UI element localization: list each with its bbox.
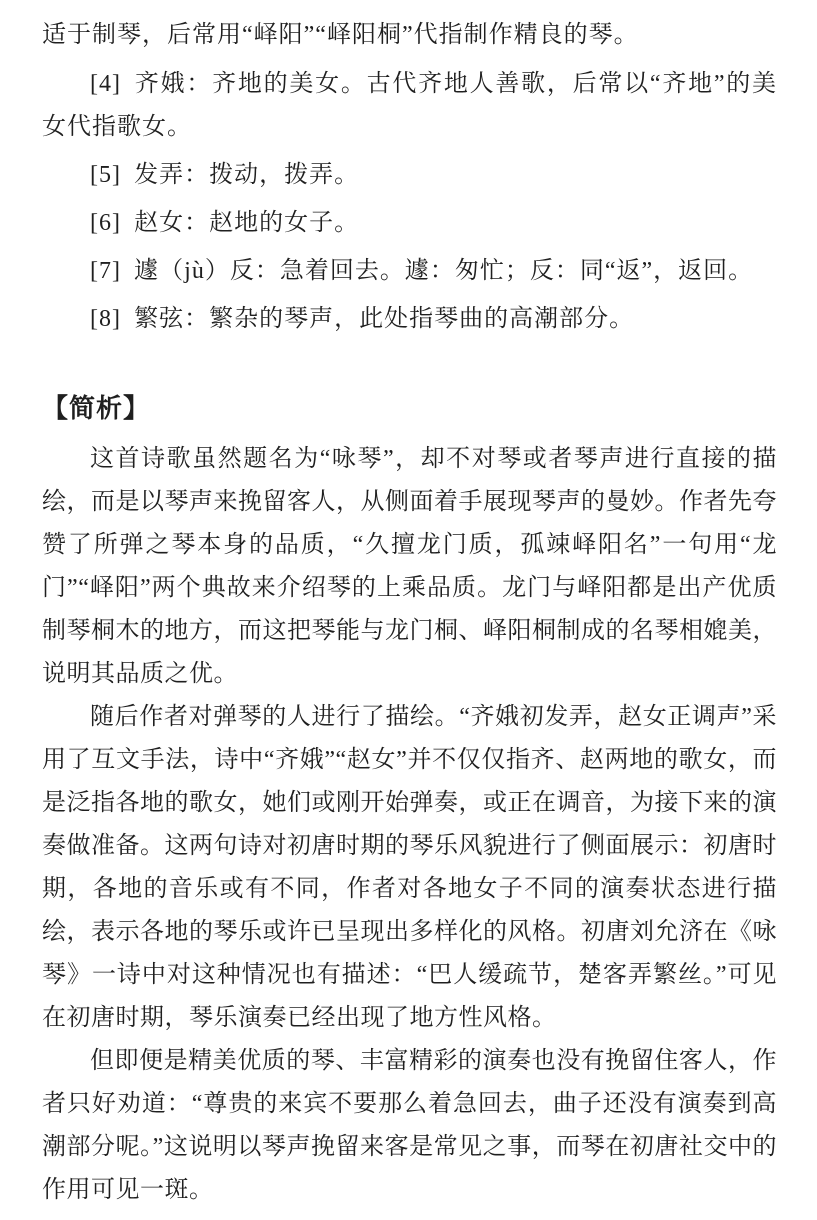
analysis-paragraph: 但即便是精美优质的琴、丰富精彩的演奏也没有挽留住客人，作者只好劝道：“尊贵的来宾… (42, 1040, 777, 1212)
annotation-item-7: [7]遽（jù）反：急着回去。遽：匆忙；反：同“返”，返回。 (42, 250, 777, 293)
continuation-text: 适于制琴，后常用“峄阳”“峄阳桐”代指制作精良的琴。 (42, 14, 777, 57)
annotation-text: 齐娥：齐地的美女。古代齐地人善歌，后常以“齐地”的美女代指歌女。 (42, 71, 777, 140)
annotation-number: [4] (90, 71, 121, 97)
annotation-number: [7] (90, 258, 121, 284)
analysis-paragraph: 这首诗歌虽然题名为“咏琴”，却不对琴或者琴声进行直接的描绘，而是以琴声来挽留客人… (42, 438, 777, 696)
section-heading: 【简析】 (42, 387, 777, 430)
annotation-text: 发弄：拨动，拨弄。 (134, 162, 359, 188)
analysis-paragraph: 随后作者对弹琴的人进行了描绘。“齐娥初发弄，赵女正调声”采用了互文手法，诗中“齐… (42, 696, 777, 1040)
annotation-text: 繁弦：繁杂的琴声，此处指琴曲的高潮部分。 (134, 306, 634, 332)
annotation-text: 赵女：赵地的女子。 (134, 210, 359, 236)
annotation-text: 遽（jù）反：急着回去。遽：匆忙；反：同“返”，返回。 (134, 258, 753, 284)
book-page: 适于制琴，后常用“峄阳”“峄阳桐”代指制作精良的琴。 [4]齐娥：齐地的美女。古… (0, 0, 817, 1220)
annotation-number: [5] (90, 162, 121, 188)
annotation-item-8: [8]繁弦：繁杂的琴声，此处指琴曲的高潮部分。 (42, 298, 777, 341)
annotation-item-4: [4]齐娥：齐地的美女。古代齐地人善歌，后常以“齐地”的美女代指歌女。 (42, 63, 777, 149)
annotation-item-6: [6]赵女：赵地的女子。 (42, 202, 777, 245)
analysis-section: 这首诗歌虽然题名为“咏琴”，却不对琴或者琴声进行直接的描绘，而是以琴声来挽留客人… (42, 438, 777, 1212)
annotation-item-5: [5]发弄：拨动，拨弄。 (42, 154, 777, 197)
annotation-number: [8] (90, 306, 121, 332)
annotation-number: [6] (90, 210, 121, 236)
annotations-list: [4]齐娥：齐地的美女。古代齐地人善歌，后常以“齐地”的美女代指歌女。 [5]发… (42, 63, 777, 341)
